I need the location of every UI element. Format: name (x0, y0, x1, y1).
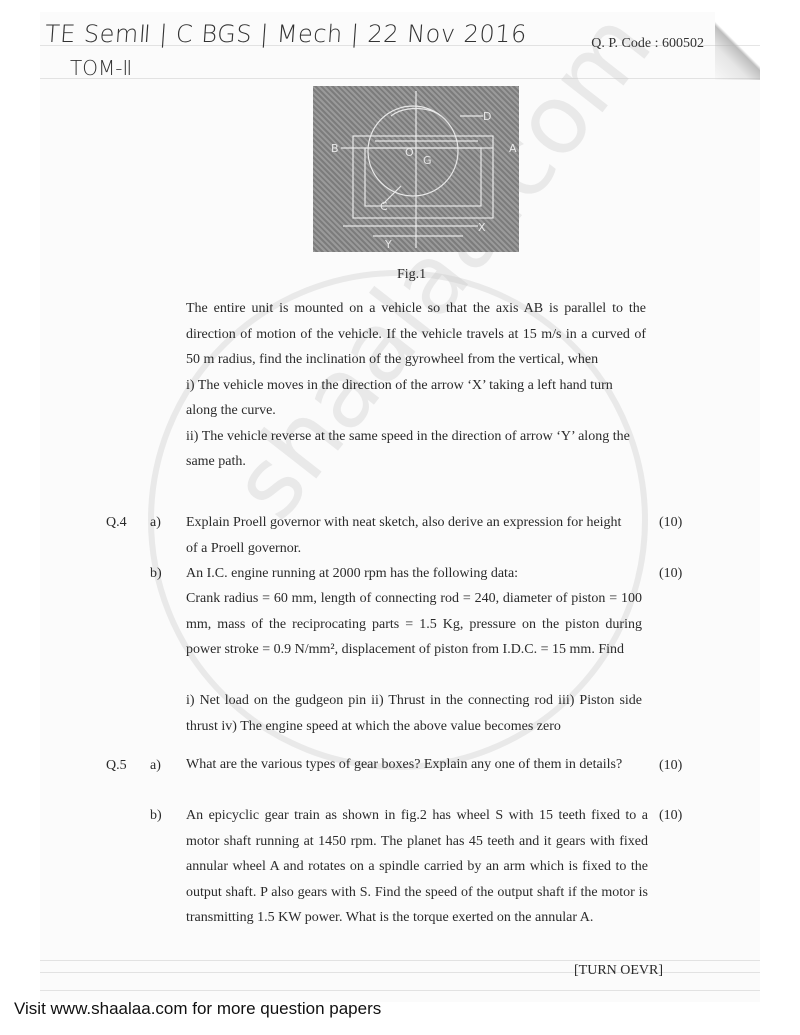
scan-line (40, 78, 760, 79)
part-label: a) (150, 515, 161, 531)
question-text: Explain Proell governor with neat sketch… (186, 510, 626, 561)
svg-text:X: X (478, 221, 486, 234)
question-text: An I.C. engine running at 2000 rpm has t… (186, 561, 642, 587)
question-text: What are the various types of gear boxes… (186, 756, 626, 773)
qp-code: Q. P. Code : 600502 (591, 36, 704, 52)
svg-text:Y: Y (384, 238, 392, 251)
scan-line (40, 960, 760, 961)
marks: (10) (659, 566, 682, 582)
intro-part-i: i) The vehicle moves in the direction of… (186, 373, 646, 424)
svg-text:O: O (405, 146, 414, 159)
gyroscope-figure: B A C D O G X Y (313, 86, 519, 252)
page-fold-corner (715, 12, 760, 80)
question-find: i) Net load on the gudgeon pin ii) Thrus… (186, 688, 642, 739)
handwritten-subject: TOM-Ⅱ (70, 56, 132, 80)
svg-text:A: A (509, 142, 517, 155)
intro-text: The entire unit is mounted on a vehicle … (186, 296, 646, 373)
marks: (10) (659, 515, 682, 531)
part-label: a) (150, 758, 161, 774)
marks: (10) (659, 758, 682, 774)
handwritten-course-info: TE SemⅡ | C BGS | Mech | 22 Nov 2016 (44, 20, 528, 48)
question-text: An epicyclic gear train as shown in fig.… (186, 803, 648, 931)
marks: (10) (659, 808, 682, 824)
svg-text:D: D (483, 110, 491, 123)
intro-paragraph: The entire unit is mounted on a vehicle … (186, 296, 646, 475)
question-number: Q.4 (106, 515, 127, 531)
part-label: b) (150, 808, 162, 824)
svg-text:B: B (331, 142, 339, 155)
gyroscope-diagram: B A C D O G X Y (313, 86, 519, 252)
footer-link-text[interactable]: Visit www.shaalaa.com for more question … (14, 999, 381, 1019)
question-number: Q.5 (106, 758, 127, 774)
svg-text:C: C (380, 200, 388, 213)
intro-part-ii: ii) The vehicle reverse at the same spee… (186, 424, 646, 475)
part-label: b) (150, 566, 162, 582)
figure-caption: Fig.1 (397, 267, 426, 283)
scan-line (40, 990, 760, 991)
svg-text:G: G (423, 154, 432, 167)
question-detail: Crank radius = 60 mm, length of connecti… (186, 586, 642, 663)
turn-over-note: [TURN OEVR] (574, 963, 663, 979)
